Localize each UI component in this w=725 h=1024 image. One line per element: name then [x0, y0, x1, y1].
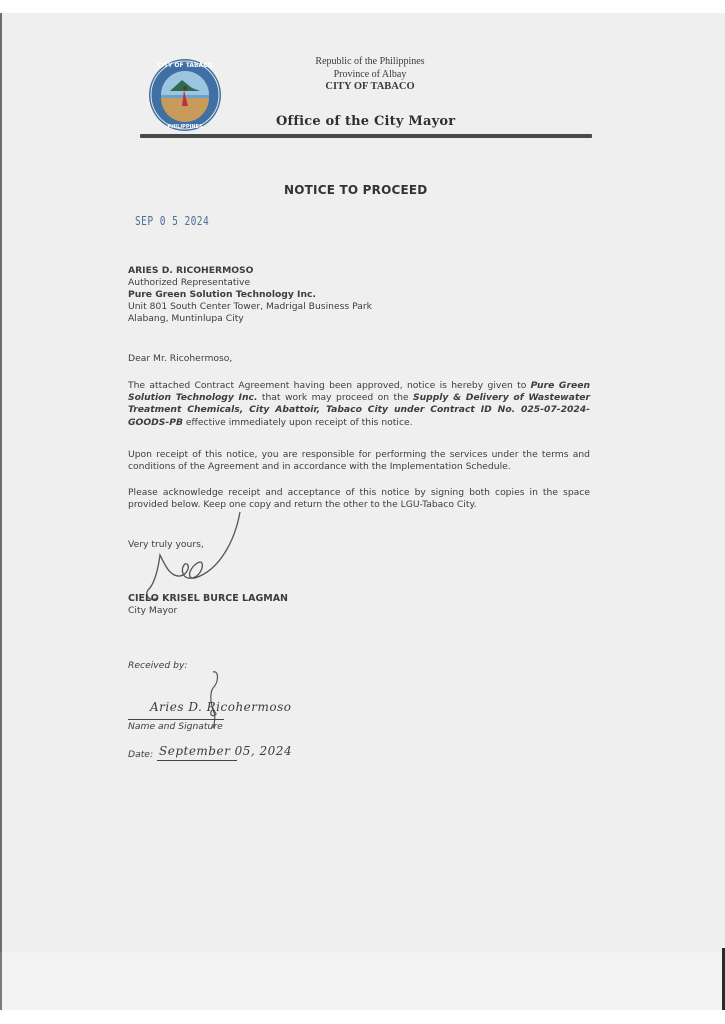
- name-signature-label: Name and Signature: [128, 721, 223, 733]
- received-name-handwritten: Aries D. Ricohermoso: [150, 700, 292, 714]
- letterhead-city: CITY OF TABACO: [250, 81, 490, 94]
- office-title: Office of the City Mayor: [250, 114, 510, 129]
- date-stamp: SEP 0 5 2024: [135, 214, 209, 228]
- date-line: [157, 760, 237, 761]
- paragraph-responsibility: Upon receipt of this notice, you are res…: [128, 449, 590, 473]
- paragraph-approval-part1: The attached Contract Agreement having b…: [128, 380, 531, 391]
- letterhead-republic: Republic of the Philippines: [250, 56, 490, 69]
- addressee-address-line2: Alabang, Muntinlupa City: [128, 313, 244, 325]
- addressee-address-line1: Unit 801 South Center Tower, Madrigal Bu…: [128, 301, 372, 313]
- scan-bottom-strip: [0, 952, 725, 1010]
- paragraph-acknowledge: Please acknowledge receipt and acceptanc…: [128, 487, 590, 511]
- paragraph-approval-part3: effective immediately upon receipt of th…: [183, 417, 413, 428]
- signature-line: [128, 719, 224, 720]
- received-by-label: Received by:: [128, 660, 188, 672]
- signer-title: City Mayor: [128, 605, 177, 617]
- paragraph-approval: The attached Contract Agreement having b…: [128, 380, 590, 429]
- letterhead-province: Province of Albay: [250, 69, 490, 82]
- addressee-role: Authorized Representative: [128, 277, 250, 289]
- scanned-page: [0, 13, 725, 952]
- header-divider: [140, 134, 592, 138]
- letterhead-address: Republic of the Philippines Province of …: [250, 56, 490, 94]
- date-handwritten: September 05, 2024: [159, 744, 292, 758]
- paragraph-approval-part2: that work may proceed on the: [257, 392, 413, 403]
- signer-name: CIELO KRISEL BURCE LAGMAN: [128, 593, 288, 605]
- seal-text-top: CITY OF TABACO: [157, 62, 212, 69]
- city-seal-icon: CITY OF TABACO PHILIPPINES: [148, 58, 222, 132]
- salutation: Dear Mr. Ricohermoso,: [128, 353, 232, 365]
- addressee-name: ARIES D. RICOHERMOSO: [128, 265, 253, 277]
- document-title: NOTICE TO PROCEED: [284, 183, 427, 197]
- addressee-company: Pure Green Solution Technology Inc.: [128, 289, 316, 301]
- date-label: Date:: [128, 749, 153, 761]
- seal-text-bottom: PHILIPPINES: [167, 124, 203, 130]
- mayor-signature-icon: [140, 510, 280, 605]
